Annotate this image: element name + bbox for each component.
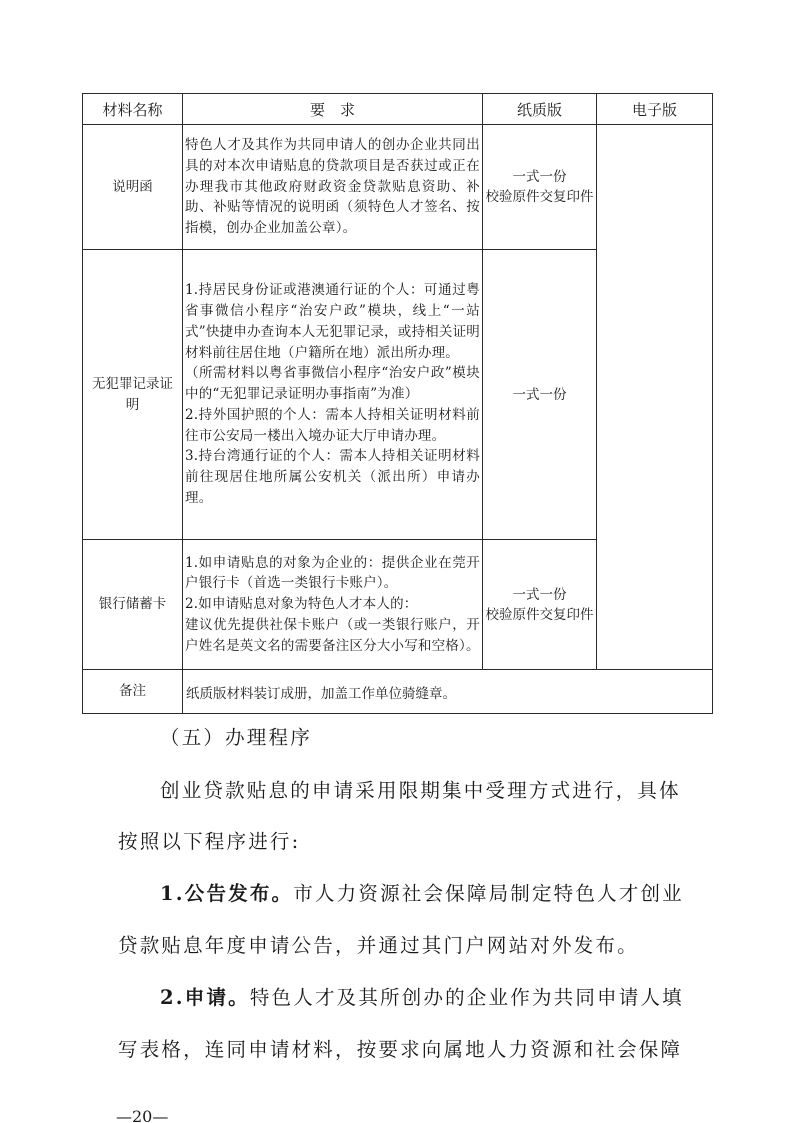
requirement-cell: 1.如申请贴息的对象为企业的：提供企业在莞开户银行卡（首选一类银行卡账户）。 2…	[183, 540, 483, 670]
note-text: 纸质版材料装订成册，加盖工作单位骑缝章。	[183, 670, 713, 714]
section-heading: （五）办理程序	[160, 722, 312, 750]
paper-copies: 一式一份	[483, 167, 596, 187]
requirement-text: 1.如申请贴息的对象为企业的：提供企业在莞开户银行卡（首选一类银行卡账户）。	[185, 553, 480, 595]
table-row: 说明函 特色人才及其作为共同申请人的创办企业共同出具的对本次申请贴息的贷款项目是…	[83, 125, 713, 250]
header-material-name: 材料名称	[83, 94, 183, 125]
page-number: —20—	[116, 1107, 168, 1123]
materials-table: 材料名称 要 求 纸质版 电子版 说明函 特色人才及其作为共同申请人的创办企业共…	[82, 93, 713, 714]
electronic-cell	[597, 125, 713, 670]
paper-note: 校验原件交复印件	[483, 187, 596, 207]
requirement-text: 2.如申请贴息对象为特色人才本人的：	[185, 594, 480, 615]
table-note-row: 备注 纸质版材料装订成册，加盖工作单位骑缝章。	[83, 670, 713, 714]
header-electronic: 电子版	[597, 94, 713, 125]
requirement-text: 1.持居民身份证或港澳通行证的个人：可通过粤省事微信小程序“治安户政”模块，线上…	[185, 280, 480, 363]
requirement-text: 3.持台湾通行证的个人：需本人持相关证明材料前往现居住地所属公安机关（派出所）申…	[185, 446, 480, 508]
paper-copies: 一式一份	[483, 385, 596, 405]
step-1-text: 市人力资源社会保障局制定特色人才创业	[293, 882, 684, 905]
step-2: 2.申请。特色人才及其所创办的企业作为共同申请人填	[160, 982, 684, 1010]
paper-cell: 一式一份 校验原件交复印件	[483, 540, 597, 670]
header-requirement: 要 求	[183, 94, 483, 125]
material-name: 无犯罪记录证明	[83, 250, 183, 540]
requirement-text: （所需材料以粤省事微信小程序“治安户政”模块中的“无犯罪记录证明办事指南”为准）	[185, 363, 480, 405]
requirement-text: 2.持外国护照的个人：需本人持相关证明材料前往市公安局一楼出入境办证大厅申请办理…	[185, 405, 480, 447]
requirement-cell: 1.持居民身份证或港澳通行证的个人：可通过粤省事微信小程序“治安户政”模块，线上…	[183, 250, 483, 540]
step-2-text: 特色人才及其所创办的企业作为共同申请人填	[250, 986, 684, 1009]
paragraph-line: 按照以下程序进行:	[118, 826, 300, 854]
table-header-row: 材料名称 要 求 纸质版 电子版	[83, 94, 713, 125]
paper-note: 校验原件交复印件	[483, 605, 596, 625]
paper-cell: 一式一份	[483, 250, 597, 540]
note-label: 备注	[83, 670, 183, 714]
requirement-text: 建议优先提供社保卡账户（或一类银行账户，开户姓名是英文名的需要备注区分大小写和空…	[185, 615, 480, 657]
paper-cell: 一式一份 校验原件交复印件	[483, 125, 597, 250]
material-name: 说明函	[83, 125, 183, 250]
step-1: 1.公告发布。市人力资源社会保障局制定特色人才创业	[160, 878, 684, 906]
paragraph-line: 创业贷款贴息的申请采用限期集中受理方式进行，具体	[160, 775, 681, 803]
paragraph-line: 写表格，连同申请材料，按要求向属地人力资源和社会保障	[118, 1034, 682, 1062]
step-1-title: 1.公告发布。	[160, 882, 293, 905]
paragraph-line: 贷款贴息年度申请公告，并通过其门户网站对外发布。	[118, 930, 639, 958]
material-name: 银行储蓄卡	[83, 540, 183, 670]
paper-copies: 一式一份	[483, 585, 596, 605]
step-2-title: 2.申请。	[160, 986, 250, 1009]
header-paper: 纸质版	[483, 94, 597, 125]
requirement-cell: 特色人才及其作为共同申请人的创办企业共同出具的对本次申请贴息的贷款项目是否获过或…	[183, 125, 483, 250]
requirement-text: 特色人才及其作为共同申请人的创办企业共同出具的对本次申请贴息的贷款项目是否获过或…	[185, 135, 480, 239]
